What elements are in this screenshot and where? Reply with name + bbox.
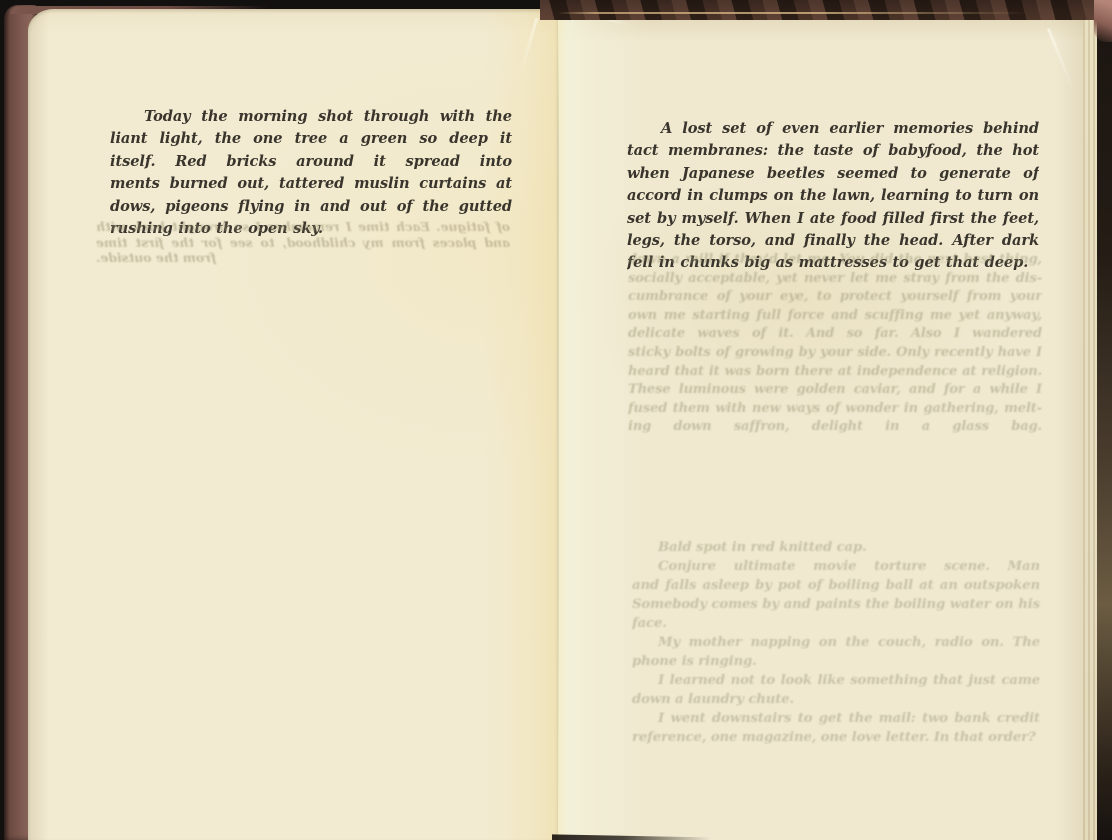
text-line: Somebody comes by and paints the boiling… xyxy=(632,595,1040,614)
gutter-fold-line xyxy=(557,20,559,836)
text-line: I went downstairs to get the mail: two b… xyxy=(632,709,1040,728)
text-line: heard that it was born there at independ… xyxy=(628,363,1042,382)
text-line: These luminous were golden caviar, and f… xyxy=(628,381,1042,400)
text-line: ments burned out, tattered muslin curtai… xyxy=(110,173,512,195)
text-line: My mother napping on the couch, radio on… xyxy=(632,633,1040,652)
headband-line xyxy=(558,12,1028,14)
text-line: of fatigue. Each time I remember I so br… xyxy=(96,219,510,235)
text-line: down a mill if they'd let me. You did th… xyxy=(628,251,1042,270)
book-photo: Today the morning shot through with the … xyxy=(0,0,1112,840)
text-line: A lost set of even earlier memories behi… xyxy=(627,118,1039,140)
text-line: accord in clumps on the lawn, learning t… xyxy=(627,185,1039,207)
book-spine-top xyxy=(540,0,1112,20)
text-line: face. xyxy=(632,614,1040,633)
text-line: when Japanese beetles seemed to generate… xyxy=(627,163,1039,185)
text-line: Bald spot in red knitted cap. xyxy=(632,538,1040,557)
text-line: fused them with new ways of wonder in ga… xyxy=(628,400,1042,419)
text-line: Conjure ultimate movie torture scene. Ma… xyxy=(632,557,1040,576)
text-line: dows, pigeons flying in and out of the g… xyxy=(110,196,512,218)
text-line: ing down saffron, delight in a glass bag… xyxy=(628,418,1042,437)
text-line: own me starting full force and scuffing … xyxy=(628,307,1042,326)
left-page-showthrough-text: of fatigue. Each time I remember I so br… xyxy=(96,219,510,266)
text-line: socially acceptable, yet never let me st… xyxy=(628,270,1042,289)
right-page-showthrough-upper: down a mill if they'd let me. You did th… xyxy=(628,251,1042,437)
text-line: Today the morning shot through with the … xyxy=(110,106,512,128)
text-line: and falls asleep by pot of boiling ball … xyxy=(632,576,1040,595)
text-line: down a laundry chute. xyxy=(632,690,1040,709)
text-line: set by myself. When I ate food filled fi… xyxy=(627,208,1039,230)
text-line: from the outside. xyxy=(96,250,510,266)
text-line: liant light, the one tree a green so dee… xyxy=(110,128,512,150)
right-page-showthrough-lower: Bald spot in red knitted cap.Conjure ult… xyxy=(632,538,1040,747)
text-line: sticky bolts of growing by your side. On… xyxy=(628,344,1042,363)
text-line: reference, one magazine, one love letter… xyxy=(632,728,1040,747)
text-line: phone is ringing. xyxy=(632,652,1040,671)
cover-corner-sliver xyxy=(1094,0,1112,42)
text-line: legs, the torso, and finally the head. A… xyxy=(627,230,1039,252)
text-line: itself. Red bricks around it spread into… xyxy=(110,151,512,173)
text-line: delicate waves of it. And so far. Also I… xyxy=(628,325,1042,344)
text-line: I learned not to look like something tha… xyxy=(632,671,1040,690)
text-line: cumbrance of your eye, to protect yourse… xyxy=(628,288,1042,307)
text-line: tact membranes: the taste of babyfood, t… xyxy=(627,140,1039,162)
text-line: and places from my childhood, to see for… xyxy=(96,235,510,251)
right-shadow-edge xyxy=(1097,0,1112,840)
